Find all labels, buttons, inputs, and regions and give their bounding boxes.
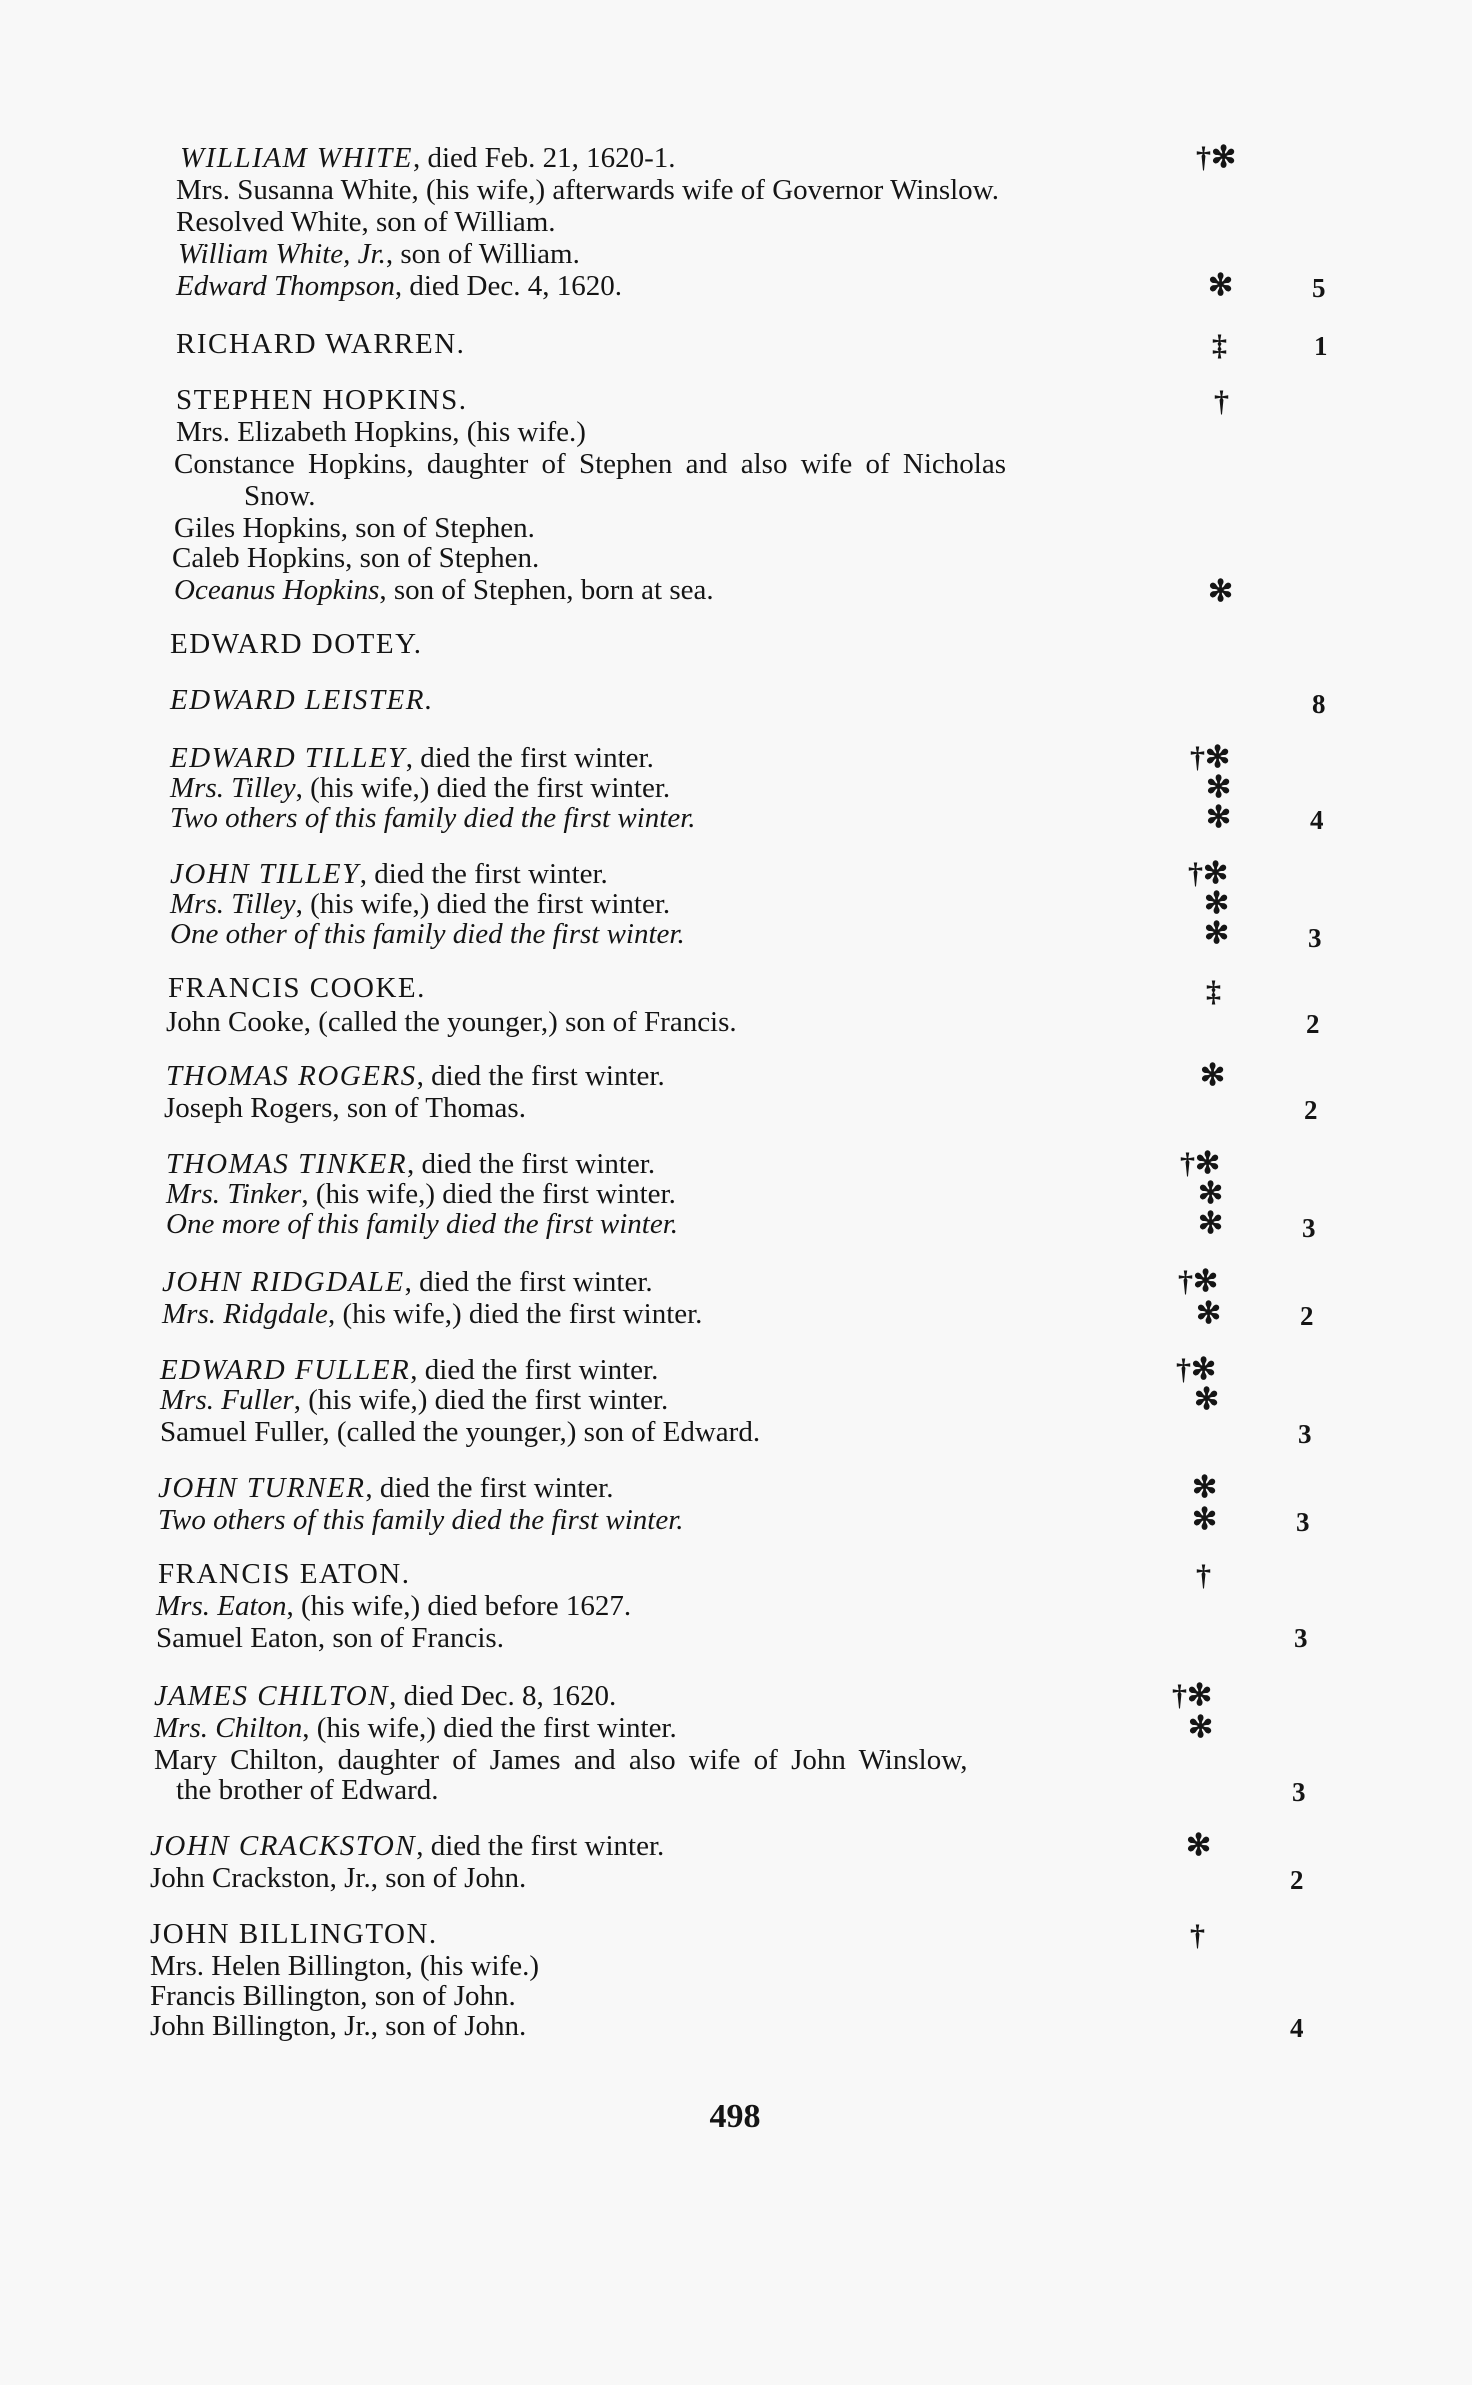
family-member: Mrs. Helen Billington, (his wife.) bbox=[150, 1950, 539, 1982]
head-of-family: THOMAS ROGERS, died the first winter. bbox=[166, 1060, 665, 1092]
asterisk-mark: ✻ bbox=[1204, 888, 1229, 920]
family-count: 3 bbox=[1296, 1506, 1310, 1538]
family-count: 4 bbox=[1310, 804, 1324, 836]
dagger-mark: † bbox=[1190, 1920, 1205, 1952]
head-of-family: FRANCIS COOKE. bbox=[168, 972, 426, 1004]
family-member-continued: Snow. bbox=[244, 480, 315, 512]
family-member: Oceanus Hopkins, son of Stephen, born at… bbox=[174, 574, 714, 606]
asterisk-mark: ✻ bbox=[1192, 1472, 1217, 1504]
head-of-family: THOMAS TINKER, died the first winter. bbox=[166, 1148, 655, 1180]
head-of-family: JOHN CRACKSTON, died the first winter. bbox=[150, 1830, 664, 1862]
dagger-asterisk-mark: †✻ bbox=[1172, 1680, 1212, 1712]
family-count: 3 bbox=[1302, 1212, 1316, 1244]
family-count: 3 bbox=[1298, 1418, 1312, 1450]
family-member: Two others of this family died the first… bbox=[158, 1504, 684, 1536]
head-of-family: EDWARD FULLER, died the first winter. bbox=[160, 1354, 658, 1386]
family-member: Mrs. Ridgdale, (his wife,) died the firs… bbox=[162, 1298, 702, 1330]
asterisk-mark: ✻ bbox=[1198, 1178, 1223, 1210]
double-dagger-mark: ‡ bbox=[1206, 976, 1221, 1008]
asterisk-mark: ✻ bbox=[1200, 1060, 1225, 1092]
page-number: 498 bbox=[700, 2098, 770, 2136]
family-member: John Cooke, (called the younger,) son of… bbox=[166, 1006, 737, 1038]
family-count: 2 bbox=[1300, 1300, 1314, 1332]
family-member: Mary Chilton, daughter of James and also… bbox=[154, 1744, 968, 1776]
asterisk-mark: ✻ bbox=[1196, 1298, 1221, 1330]
asterisk-mark: ✻ bbox=[1186, 1830, 1211, 1862]
family-count: 4 bbox=[1290, 2012, 1304, 2044]
asterisk-mark: ✻ bbox=[1198, 1208, 1223, 1240]
family-member: Samuel Fuller, (called the younger,) son… bbox=[160, 1416, 760, 1448]
family-count: 2 bbox=[1304, 1094, 1318, 1126]
family-member: Joseph Rogers, son of Thomas. bbox=[164, 1092, 526, 1124]
dagger-asterisk-mark: †✻ bbox=[1188, 858, 1228, 890]
head-of-family: JOHN RIDGDALE, died the first winter. bbox=[162, 1266, 653, 1298]
dagger-asterisk-mark: †✻ bbox=[1180, 1148, 1220, 1180]
family-member: Mrs. Tilley, (his wife,) died the first … bbox=[170, 772, 670, 804]
family-member: Giles Hopkins, son of Stephen. bbox=[174, 512, 535, 544]
dagger-asterisk-mark: †✻ bbox=[1196, 142, 1236, 174]
family-member: Mrs. Susanna White, (his wife,) afterwar… bbox=[176, 174, 999, 206]
family-member: Constance Hopkins, daughter of Stephen a… bbox=[174, 448, 1006, 480]
family-member: Two others of this family died the first… bbox=[170, 802, 696, 834]
family-member: William White, Jr., son of William. bbox=[178, 238, 580, 270]
family-count: 3 bbox=[1292, 1776, 1306, 1808]
head-of-family: EDWARD DOTEY. bbox=[170, 628, 423, 660]
dagger-mark: † bbox=[1196, 1560, 1211, 1592]
family-member: Samuel Eaton, son of Francis. bbox=[156, 1622, 504, 1654]
asterisk-mark: ✻ bbox=[1188, 1712, 1213, 1744]
family-count: 1 bbox=[1314, 330, 1328, 362]
head-of-family: RICHARD WARREN. bbox=[176, 328, 465, 360]
asterisk-mark: ✻ bbox=[1208, 576, 1233, 608]
family-count: 3 bbox=[1294, 1622, 1308, 1654]
family-member-continued: the brother of Edward. bbox=[176, 1774, 439, 1806]
head-of-family: JOHN TURNER, died the first winter. bbox=[158, 1472, 613, 1504]
family-member: Mrs. Eaton, (his wife,) died before 1627… bbox=[156, 1590, 631, 1622]
family-member: One other of this family died the first … bbox=[170, 918, 685, 950]
head-of-family: JOHN TILLEY, died the first winter. bbox=[170, 858, 608, 890]
dagger-mark: † bbox=[1214, 386, 1229, 418]
family-member: One more of this family died the first w… bbox=[166, 1208, 678, 1240]
family-member: John Billington, Jr., son of John. bbox=[150, 2010, 526, 2042]
head-of-family: EDWARD TILLEY, died the first winter. bbox=[170, 742, 654, 774]
family-member: Resolved White, son of William. bbox=[176, 206, 556, 238]
head-of-family: WILLIAM WHITE, died Feb. 21, 1620-1. bbox=[180, 142, 676, 174]
family-member: Mrs. Tinker, (his wife,) died the first … bbox=[166, 1178, 676, 1210]
asterisk-mark: ✻ bbox=[1206, 772, 1231, 804]
dagger-asterisk-mark: †✻ bbox=[1176, 1354, 1216, 1386]
family-count: 2 bbox=[1290, 1864, 1304, 1896]
asterisk-mark: ✻ bbox=[1192, 1504, 1217, 1536]
family-count: 2 bbox=[1306, 1008, 1320, 1040]
asterisk-mark: ✻ bbox=[1204, 918, 1229, 950]
family-member: Francis Billington, son of John. bbox=[150, 1980, 516, 2012]
family-member: Edward Thompson, died Dec. 4, 1620. bbox=[176, 270, 622, 302]
document-page: WILLIAM WHITE, died Feb. 21, 1620-1. †✻ … bbox=[0, 0, 1472, 2385]
head-of-family: JAMES CHILTON, died Dec. 8, 1620. bbox=[154, 1680, 616, 1712]
dagger-asterisk-mark: †✻ bbox=[1178, 1266, 1218, 1298]
head-of-family: FRANCIS EATON. bbox=[158, 1558, 411, 1590]
family-member: Mrs. Elizabeth Hopkins, (his wife.) bbox=[176, 416, 586, 448]
family-count: 8 bbox=[1312, 688, 1326, 720]
family-count: 3 bbox=[1308, 922, 1322, 954]
double-dagger-mark: ‡ bbox=[1212, 330, 1227, 362]
family-count: 5 bbox=[1312, 272, 1326, 304]
head-of-family: STEPHEN HOPKINS. bbox=[176, 384, 467, 416]
family-member: Mrs. Fuller, (his wife,) died the first … bbox=[160, 1384, 668, 1416]
family-member: Mrs. Tilley, (his wife,) died the first … bbox=[170, 888, 670, 920]
head-of-family: JOHN BILLINGTON. bbox=[150, 1918, 438, 1950]
asterisk-mark: ✻ bbox=[1208, 270, 1233, 302]
dagger-asterisk-mark: †✻ bbox=[1190, 742, 1230, 774]
family-member: Mrs. Chilton, (his wife,) died the first… bbox=[154, 1712, 677, 1744]
asterisk-mark: ✻ bbox=[1206, 802, 1231, 834]
family-member: Caleb Hopkins, son of Stephen. bbox=[172, 542, 539, 574]
asterisk-mark: ✻ bbox=[1194, 1384, 1219, 1416]
family-member: John Crackston, Jr., son of John. bbox=[150, 1862, 526, 1894]
head-of-family: EDWARD LEISTER. bbox=[170, 684, 434, 716]
